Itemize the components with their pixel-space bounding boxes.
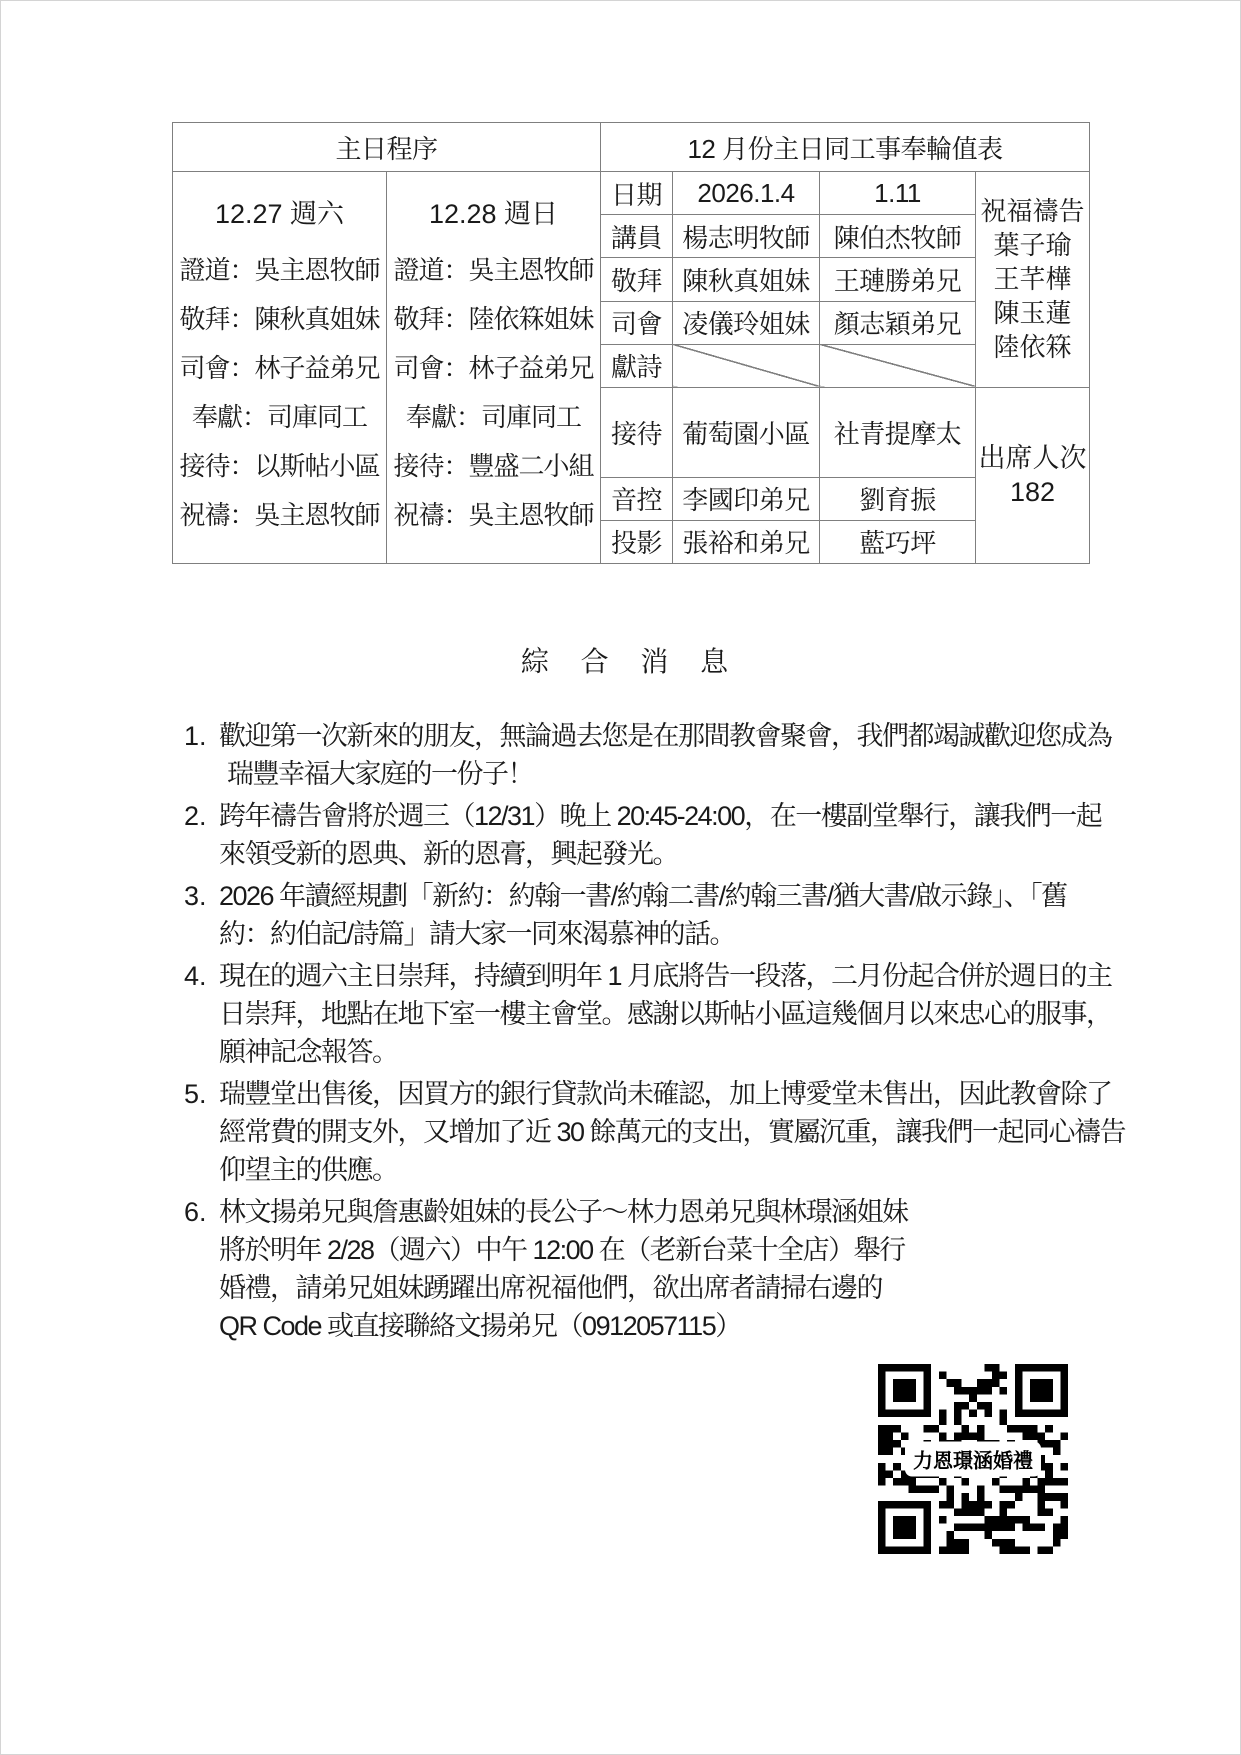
blessing-title: 祝福禱告	[976, 194, 1089, 228]
duty-cell: 社青提摩太	[820, 387, 976, 477]
service-line: 敬拜：陸依箖姐妹	[387, 295, 600, 344]
announcement-line: 現在的週六主日崇拜，持續到明年 1 月底將告一段落，二月份起合併於週日的主	[219, 957, 1112, 995]
duty-cell: 凌儀玲姐妹	[673, 301, 820, 344]
duty-row-label: 日期	[601, 172, 673, 215]
announcement-line: 將於明年 2/28（週六）中午 12:00 在（老新台菜十全店）舉行	[219, 1231, 1104, 1269]
service-line: 證道：吳主恩牧師	[387, 246, 600, 295]
service-line: 證道：吳主恩牧師	[173, 246, 386, 295]
duty-cell: 楊志明牧師	[673, 215, 820, 258]
duty-cell: 顏志穎弟兄	[820, 301, 976, 344]
duty-cell: 藍巧坪	[820, 520, 976, 563]
service-line: 接待：以斯帖小區	[173, 442, 386, 491]
duty-row-label: 講員	[601, 215, 673, 258]
service-schedule-table: 主日程序 12 月份主日同工事奉輪值表 12.27 週六 證道：吳主恩牧師 敬拜…	[172, 122, 1090, 564]
duty-cell: 1.11	[820, 172, 976, 215]
announcement-line: 來領受新的恩典、新的恩膏，興起發光。	[219, 835, 1104, 873]
announcement-item: 4. 現在的週六主日崇拜，持續到明年 1 月底將告一段落，二月份起合併於週日的主…	[184, 957, 1104, 1071]
announcement-item: 3. 2026 年讀經規劃「新約：約翰一書/約翰二書/約翰三書/猶大書/啟示錄」…	[184, 877, 1104, 953]
blessing-name: 葉子瑜	[976, 228, 1089, 262]
duty-cell: 陳秋真姐妹	[673, 258, 820, 301]
duty-cell: 陳伯杰牧師	[820, 215, 976, 258]
sunday-program-header: 主日程序	[173, 123, 601, 172]
announcement-line: 願神記念報答。	[219, 1033, 1112, 1071]
announcement-item: 2. 跨年禱告會將於週三（12/31）晚上 20:45-24:00，在一樓副堂舉…	[184, 797, 1104, 873]
duty-cell: 李國印弟兄	[673, 477, 820, 520]
announcement-line: 林文揚弟兄與詹惠齡姐妹的長公子～林力恩弟兄與林璟涵姐妹	[219, 1193, 1104, 1231]
empty-slash-cell	[820, 344, 976, 387]
announcement-line: QR Code 或直接聯絡文揚弟兄（0912057115）	[219, 1307, 1104, 1345]
duty-row-label: 敬拜	[601, 258, 673, 301]
item-number: 5.	[184, 1075, 219, 1189]
service-line: 司會：林子益弟兄	[387, 344, 600, 393]
announcement-line: 經常費的開支外，又增加了近 30 餘萬元的支出，實屬沉重，讓我們一起同心禱告	[219, 1113, 1125, 1151]
item-number: 1.	[184, 717, 219, 793]
service-line: 祝禱：吳主恩牧師	[173, 491, 386, 540]
blessing-name: 陸依箖	[976, 330, 1089, 364]
duty-cell: 王璉勝弟兄	[820, 258, 976, 301]
item-number: 3.	[184, 877, 219, 953]
service-date-title: 12.28 週日	[387, 196, 600, 232]
announcement-line: 婚禮，請弟兄姐妹踴躍出席祝福他們，欲出席者請掃右邊的	[219, 1269, 1104, 1307]
duty-roster-header: 12 月份主日同工事奉輪值表	[601, 123, 1090, 172]
duty-cell: 張裕和弟兄	[673, 520, 820, 563]
announcement-item: 5. 瑞豐堂出售後，因買方的銀行貸款尚未確認，加上博愛堂未售出，因此教會除了 經…	[184, 1075, 1104, 1189]
attendance-cell: 出席人次 182	[976, 387, 1090, 563]
empty-slash-cell	[673, 344, 820, 387]
duty-row-label: 接待	[601, 387, 673, 477]
announcement-item: 6. 林文揚弟兄與詹惠齡姐妹的長公子～林力恩弟兄與林璟涵姐妹 將於明年 2/28…	[184, 1193, 1104, 1345]
announcement-line: 約：約伯記/詩篇」請大家一同來渴慕神的話。	[219, 915, 1104, 953]
announcement-line: 瑞豐幸福大家庭的一份子！	[219, 755, 1112, 793]
announcements-list: 1. 歡迎第一次新來的朋友，無論過去您是在那間教會聚會，我們都竭誠歡迎您成為 瑞…	[184, 717, 1104, 1349]
service-line: 奉獻：司庫同工	[387, 393, 600, 442]
announcement-item: 1. 歡迎第一次新來的朋友，無論過去您是在那間教會聚會，我們都竭誠歡迎您成為 瑞…	[184, 717, 1104, 793]
announcement-line: 跨年禱告會將於週三（12/31）晚上 20:45-24:00，在一樓副堂舉行，讓…	[219, 797, 1104, 835]
duty-row-label: 司會	[601, 301, 673, 344]
duty-row-label: 投影	[601, 520, 673, 563]
wedding-qr-code: 力恩璟涵婚禮	[878, 1364, 1068, 1554]
duty-row-label: 音控	[601, 477, 673, 520]
attendance-label: 出席人次	[976, 441, 1089, 475]
service-1227-cell: 12.27 週六 證道：吳主恩牧師 敬拜：陳秋真姐妹 司會：林子益弟兄 奉獻：司…	[173, 172, 387, 564]
announcements-heading: 綜 合 消 息	[172, 643, 1089, 681]
bulletin-page: 主日程序 12 月份主日同工事奉輪值表 12.27 週六 證道：吳主恩牧師 敬拜…	[0, 0, 1241, 1755]
attendance-count: 182	[976, 475, 1089, 509]
service-line: 司會：林子益弟兄	[173, 344, 386, 393]
service-line: 敬拜：陳秋真姐妹	[173, 295, 386, 344]
announcement-line: 歡迎第一次新來的朋友，無論過去您是在那間教會聚會，我們都竭誠歡迎您成為	[219, 717, 1112, 755]
service-line: 接待：豐盛二小組	[387, 442, 600, 491]
item-number: 6.	[184, 1193, 219, 1345]
qr-center-label: 力恩璟涵婚禮	[905, 1442, 1041, 1477]
service-1228-cell: 12.28 週日 證道：吳主恩牧師 敬拜：陸依箖姐妹 司會：林子益弟兄 奉獻：司…	[387, 172, 601, 564]
item-number: 2.	[184, 797, 219, 873]
item-number: 4.	[184, 957, 219, 1071]
blessing-name: 陳玉蓮	[976, 296, 1089, 330]
service-date-title: 12.27 週六	[173, 196, 386, 232]
duty-cell: 葡萄園小區	[673, 387, 820, 477]
announcement-line: 仰望主的供應。	[219, 1151, 1125, 1189]
service-line: 奉獻：司庫同工	[173, 393, 386, 442]
duty-row-label: 獻詩	[601, 344, 673, 387]
duty-cell: 劉育振	[820, 477, 976, 520]
duty-cell: 2026.1.4	[673, 172, 820, 215]
announcement-line: 瑞豐堂出售後，因買方的銀行貸款尚未確認，加上博愛堂未售出，因此教會除了	[219, 1075, 1125, 1113]
blessing-prayer-cell: 祝福禱告 葉子瑜 王芊樺 陳玉蓮 陸依箖	[976, 172, 1090, 388]
announcement-line: 日崇拜，地點在地下室一樓主會堂。感謝以斯帖小區這幾個月以來忠心的服事，	[219, 995, 1112, 1033]
blessing-name: 王芊樺	[976, 262, 1089, 296]
announcement-line: 2026 年讀經規劃「新約：約翰一書/約翰二書/約翰三書/猶大書/啟示錄」、「舊	[219, 877, 1104, 915]
service-line: 祝禱：吳主恩牧師	[387, 491, 600, 540]
